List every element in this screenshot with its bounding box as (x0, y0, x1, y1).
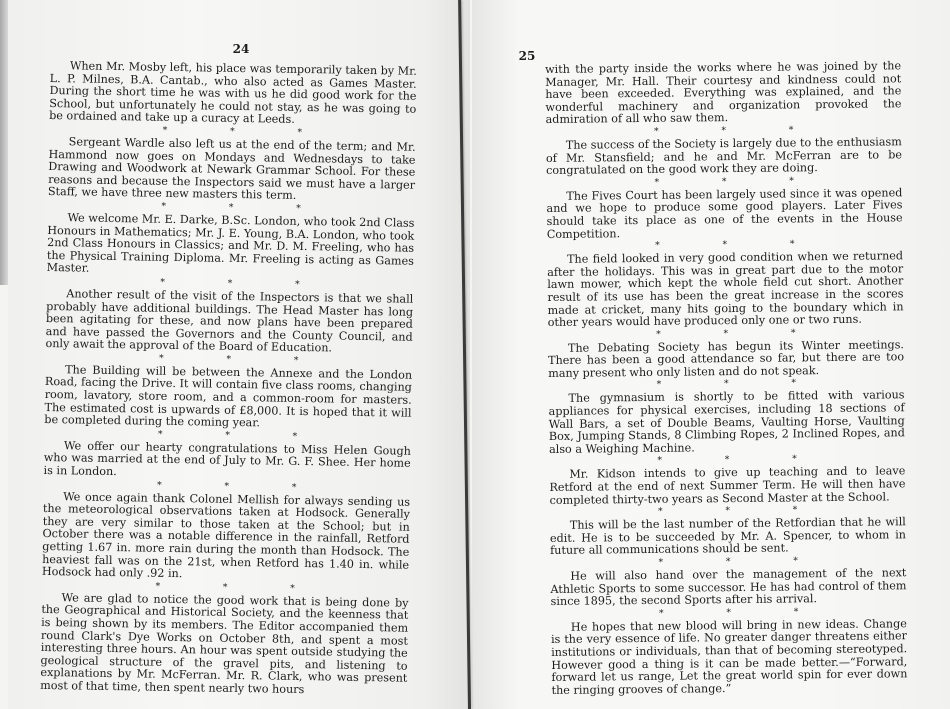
paragraph: The Debating Society has begun its Winte… (548, 339, 904, 381)
right-page: 25 with the party inside the works where… (472, 0, 950, 709)
page-number: 25 (512, 49, 542, 63)
paragraph: The field looked in very good condition … (547, 250, 904, 329)
paragraph: The Building will be between the Annexe … (44, 364, 412, 433)
paragraph: We are glad to notice the good work that… (40, 592, 409, 699)
paragraph: Another result of the visit of the Inspe… (45, 288, 413, 357)
scan-edge-shadow (0, 0, 8, 285)
paragraph: We welcome Mr. E. Darke, B.Sc. London, w… (47, 212, 415, 281)
paragraph: The Fives Court has been largely used si… (546, 187, 903, 241)
paragraph: This will be the last number of the Retf… (550, 516, 906, 558)
paragraph: The success of the Society is largely du… (546, 136, 902, 178)
paragraph: He hopes that new blood will bring in ne… (551, 618, 908, 697)
paragraph: Mr. Kidson intends to give up teaching a… (549, 466, 905, 508)
page-number: 24 (226, 42, 256, 56)
paragraph: We once again thank Colonel Mellish for … (42, 491, 410, 585)
paragraph: He will also hand over the management of… (550, 567, 906, 609)
right-page-text: with the party inside the works where he… (545, 60, 908, 697)
left-page-text: When Mr. Mosby left, his place was tempo… (40, 60, 417, 698)
paragraph: The gymnasium is shortly to be fitted wi… (548, 390, 905, 457)
left-page: 24 When Mr. Mosby left, his place was te… (8, 0, 470, 709)
book-spread: 24 When Mr. Mosby left, his place was te… (0, 0, 950, 709)
paragraph: Sergeant Wardle also left us at the end … (48, 136, 416, 205)
paragraph: We offer our hearty congratulations to M… (43, 440, 411, 484)
paragraph: with the party inside the works where he… (545, 60, 902, 127)
paragraph: When Mr. Mosby left, his place was tempo… (49, 60, 417, 129)
